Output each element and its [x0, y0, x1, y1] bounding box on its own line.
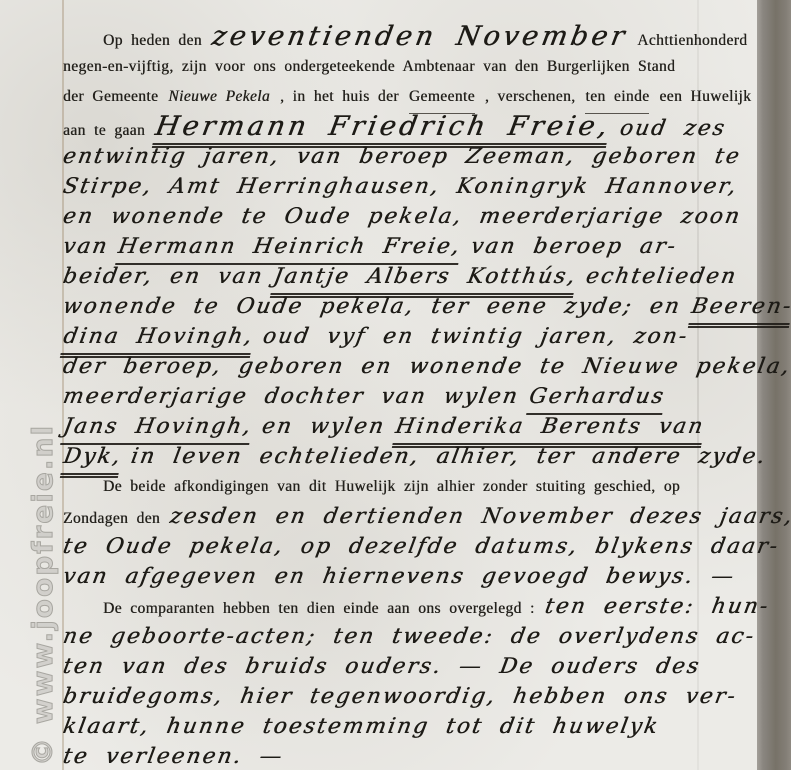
printed-text: ten einde [585, 82, 649, 114]
handwritten-text: entwintig jaren, van beroep Zeeman, gebo… [60, 142, 743, 172]
document-line-4: aan te gaanHermann Friedrich Freie,oud z… [63, 112, 725, 142]
handwritten-text: in leven echtelieden, alhier, ter andere… [128, 442, 769, 472]
document-line-11: dina Hovingh,oud vyf en twintig jaren, z… [63, 322, 688, 352]
document-line-2: negen-en-vijftig, zijn voor ons onderget… [63, 52, 675, 82]
document-line-18: te Oude pekela, op dezelfde datums, blyk… [63, 532, 779, 562]
handwritten-text: te Oude pekela, op dezelfde datums, blyk… [60, 532, 781, 562]
document-line-3: der GemeenteNieuwe Pekela, in het huis d… [63, 82, 751, 112]
banns-dates: zesden en dertienden November dezes jaar… [167, 502, 791, 532]
handwritten-text: wonende te Oude pekela, ter eene zyde; e… [60, 292, 683, 322]
document-text-block: Op heden denzeventienden NovemberAchttie… [0, 0, 791, 770]
printed-text: De comparanten hebben ten dien einde aan… [103, 594, 535, 624]
handwritten-text: ne geboorte-acten; ten tweede: de overly… [60, 622, 757, 652]
handwritten-text: oud zes [617, 114, 728, 144]
document-line-8: vanHermann Heinrich Freie,van beroep ar- [63, 232, 677, 262]
document-line-17: Zondagen denzesden en dertienden Novembe… [63, 502, 791, 532]
document-line-22: ten van des bruids ouders. — De ouders d… [63, 652, 700, 682]
handwritten-text: ten eerste: hun- [542, 592, 772, 622]
handwritten-text: klaart, hunne toestemming tot dit huwely… [60, 712, 661, 742]
handwritten-text: en wonende te Oude pekela, meerderjarige… [60, 202, 743, 232]
document-line-7: en wonende te Oude pekela, meerderjarige… [63, 202, 741, 232]
document-line-14: Jans Hovingh,en wylenHinderika Berents v… [63, 412, 703, 442]
document-line-10: wonende te Oude pekela, ter eene zyde; e… [63, 292, 791, 322]
marriage-date: zeventienden November [209, 22, 630, 52]
document-line-6: Stirpe, Amt Herringhausen, Koningryk Han… [63, 172, 737, 202]
document-line-19: van afgegeven en hiernevens gevoegd bewy… [63, 562, 735, 592]
handwritten-text: oud vyf en twintig jaren, zon- [260, 322, 690, 352]
groom-birthplace: Stirpe, Amt Herringhausen, Koningryk Han… [60, 172, 740, 202]
printed-text: De beide afkondigingen van dit Huwelijk … [103, 472, 680, 502]
document-line-21: ne geboorte-acten; ten tweede: de overly… [63, 622, 755, 652]
handwritten-text: beider, en van [60, 262, 266, 292]
bride-father-name-part1: Gerhardus [526, 382, 667, 415]
document-line-16: De beide afkondigingen van dit Huwelijk … [103, 472, 680, 502]
handwritten-text: meerderjarige dochter van wylen [60, 382, 521, 412]
handwritten-text: der beroep, geboren en wonende te Nieuwe… [60, 352, 791, 382]
document-line-12: der beroep, geboren en wonende te Nieuwe… [63, 352, 791, 382]
handwritten-text: en wylen [259, 412, 387, 442]
bride-father-name-part2: Jans Hovingh, [60, 412, 255, 445]
document-line-25: te verleenen. — [63, 742, 283, 770]
printed-text: Zondagen den [63, 504, 160, 534]
bride-name-part1: Beeren- [688, 292, 791, 328]
handwritten-text: te verleenen. — [60, 742, 286, 770]
handwritten-text: bruidegoms, hier tegenwoordig, hebben on… [60, 682, 739, 712]
printed-text: negen-en-vijftig, zijn voor ons onderget… [63, 52, 675, 82]
municipality-name: Nieuwe Pekela [168, 82, 270, 112]
document-line-23: bruidegoms, hier tegenwoordig, hebben on… [63, 682, 737, 712]
document-line-1: Op heden denzeventienden NovemberAchttie… [103, 22, 747, 52]
document-line-13: meerderjarige dochter van wylenGerhardus [63, 382, 664, 412]
marriage-record-page: © www.joopfreie.nl Op heden denzeventien… [0, 0, 791, 770]
groom-father-name: Hermann Heinrich Freie, [116, 232, 464, 265]
document-line-20: De comparanten hebben ten dien einde aan… [103, 592, 769, 622]
document-line-5: entwintig jaren, van beroep Zeeman, gebo… [63, 142, 741, 172]
printed-text: Gemeente [409, 82, 475, 114]
handwritten-text: echtelieden [584, 262, 740, 292]
document-line-24: klaart, hunne toestemming tot dit huwely… [63, 712, 659, 742]
printed-text: een Huwelijk [659, 82, 751, 112]
document-line-9: beider, en vanJantje Albers Kotthús,echt… [63, 262, 737, 292]
printed-text: , in het huis der [280, 82, 399, 112]
printed-text: , verschenen, [485, 82, 576, 112]
handwritten-text: van [60, 232, 111, 262]
document-line-15: Dyk,in leven echtelieden, alhier, ter an… [63, 442, 766, 472]
printed-text: der Gemeente [63, 82, 158, 112]
handwritten-text: ten van des bruids ouders. — De ouders d… [60, 652, 702, 682]
handwritten-text: van afgegeven en hiernevens gevoegd bewy… [60, 562, 737, 592]
handwritten-text: van beroep ar- [468, 232, 679, 262]
